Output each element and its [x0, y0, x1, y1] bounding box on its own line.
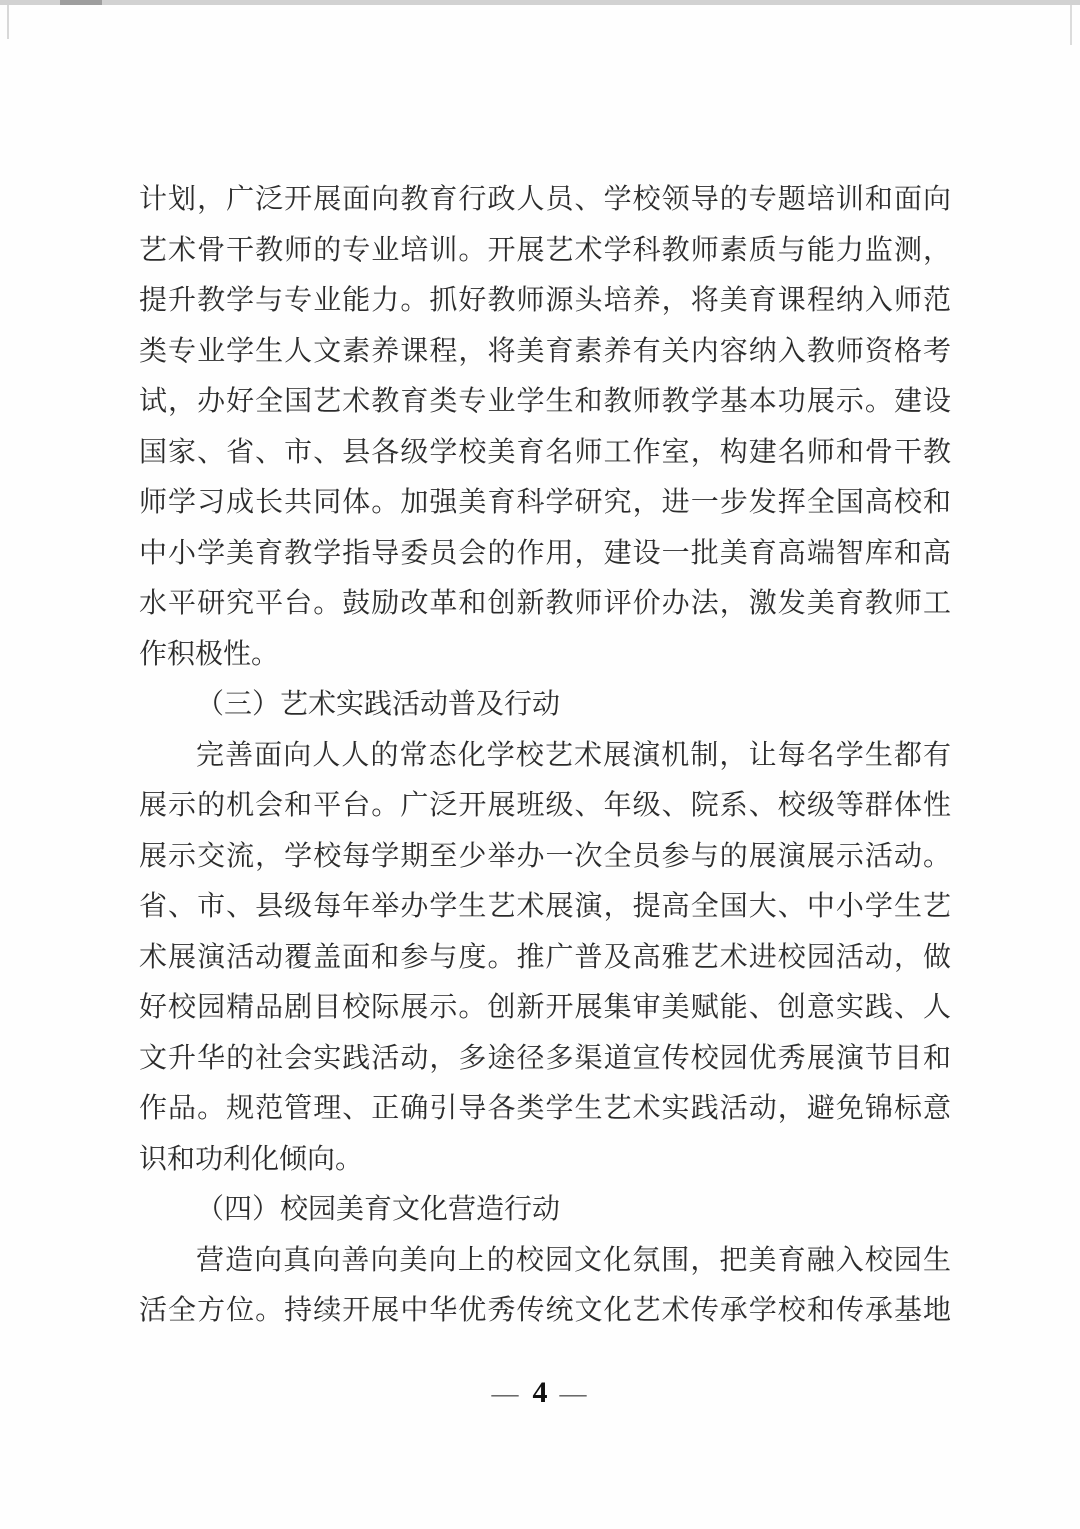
text-line: 完善面向人人的常态化学校艺术展演机制，让每名学生都有: [139, 731, 951, 782]
text-line: 中小学美育教学指导委员会的作用，建设一批美育高端智库和高: [139, 529, 951, 580]
footer-dash-right: —: [560, 1378, 589, 1408]
text-line: 计划，广泛开展面向教育行政人员、学校领导的专题培训和面向: [139, 175, 951, 226]
footer-dash-left: —: [492, 1378, 521, 1408]
text-line: 术展演活动覆盖面和参与度。推广普及高雅艺术进校园活动，做: [139, 933, 951, 984]
text-line: 作品。规范管理、正确引导各类学生艺术实践活动，避免锦标意: [139, 1084, 951, 1135]
document-page: 计划，广泛开展面向教育行政人员、学校领导的专题培训和面向 艺术骨干教师的专业培训…: [0, 0, 1080, 1529]
section-heading: （四）校园美育文化营造行动: [139, 1185, 951, 1236]
text-line: 艺术骨干教师的专业培训。开展艺术学科教师素质与能力监测，: [139, 226, 951, 277]
text-line: 提升教学与专业能力。抓好教师源头培养，将美育课程纳入师范: [139, 276, 951, 327]
text-line: 识和功利化倾向。: [139, 1135, 951, 1186]
page-number: 4: [521, 1376, 560, 1409]
text-line: 好校园精品剧目校际展示。创新开展集审美赋能、创意实践、人: [139, 983, 951, 1034]
text-line: 活全方位。持续开展中华优秀传统文化艺术传承学校和传承基地: [139, 1286, 951, 1337]
text-line: 文升华的社会实践活动，多途径多渠道宣传校园优秀展演节目和: [139, 1034, 951, 1085]
text-line: 作积极性。: [139, 630, 951, 681]
text-line: 类专业学生人文素养课程，将美育素养有关内容纳入教师资格考: [139, 327, 951, 378]
page-footer: —4—: [0, 1376, 1080, 1410]
text-line: 国家、省、市、县各级学校美育名师工作室，构建名师和骨干教: [139, 428, 951, 479]
scan-artifact-dark-segment: [60, 0, 102, 5]
text-line: 师学习成长共同体。加强美育科学研究，进一步发挥全国高校和: [139, 478, 951, 529]
scan-artifact-top-strip: [0, 0, 1080, 5]
text-line: 水平研究平台。鼓励改革和创新教师评价办法，激发美育教师工: [139, 579, 951, 630]
text-line: 省、市、县级每年举办学生艺术展演，提高全国大、中小学生艺: [139, 882, 951, 933]
document-body: 计划，广泛开展面向教育行政人员、学校领导的专题培训和面向 艺术骨干教师的专业培训…: [139, 175, 951, 1337]
section-heading: （三）艺术实践活动普及行动: [139, 680, 951, 731]
text-line: 展示的机会和平台。广泛开展班级、年级、院系、校级等群体性: [139, 781, 951, 832]
text-line: 营造向真向善向美向上的校园文化氛围，把美育融入校园生: [139, 1236, 951, 1287]
text-line: 展示交流，学校每学期至少举办一次全员参与的展演展示活动。: [139, 832, 951, 883]
scan-artifact-right-edge: [1070, 5, 1072, 45]
scan-artifact-left-edge: [7, 5, 9, 39]
text-line: 试，办好全国艺术教育类专业学生和教师教学基本功展示。建设: [139, 377, 951, 428]
